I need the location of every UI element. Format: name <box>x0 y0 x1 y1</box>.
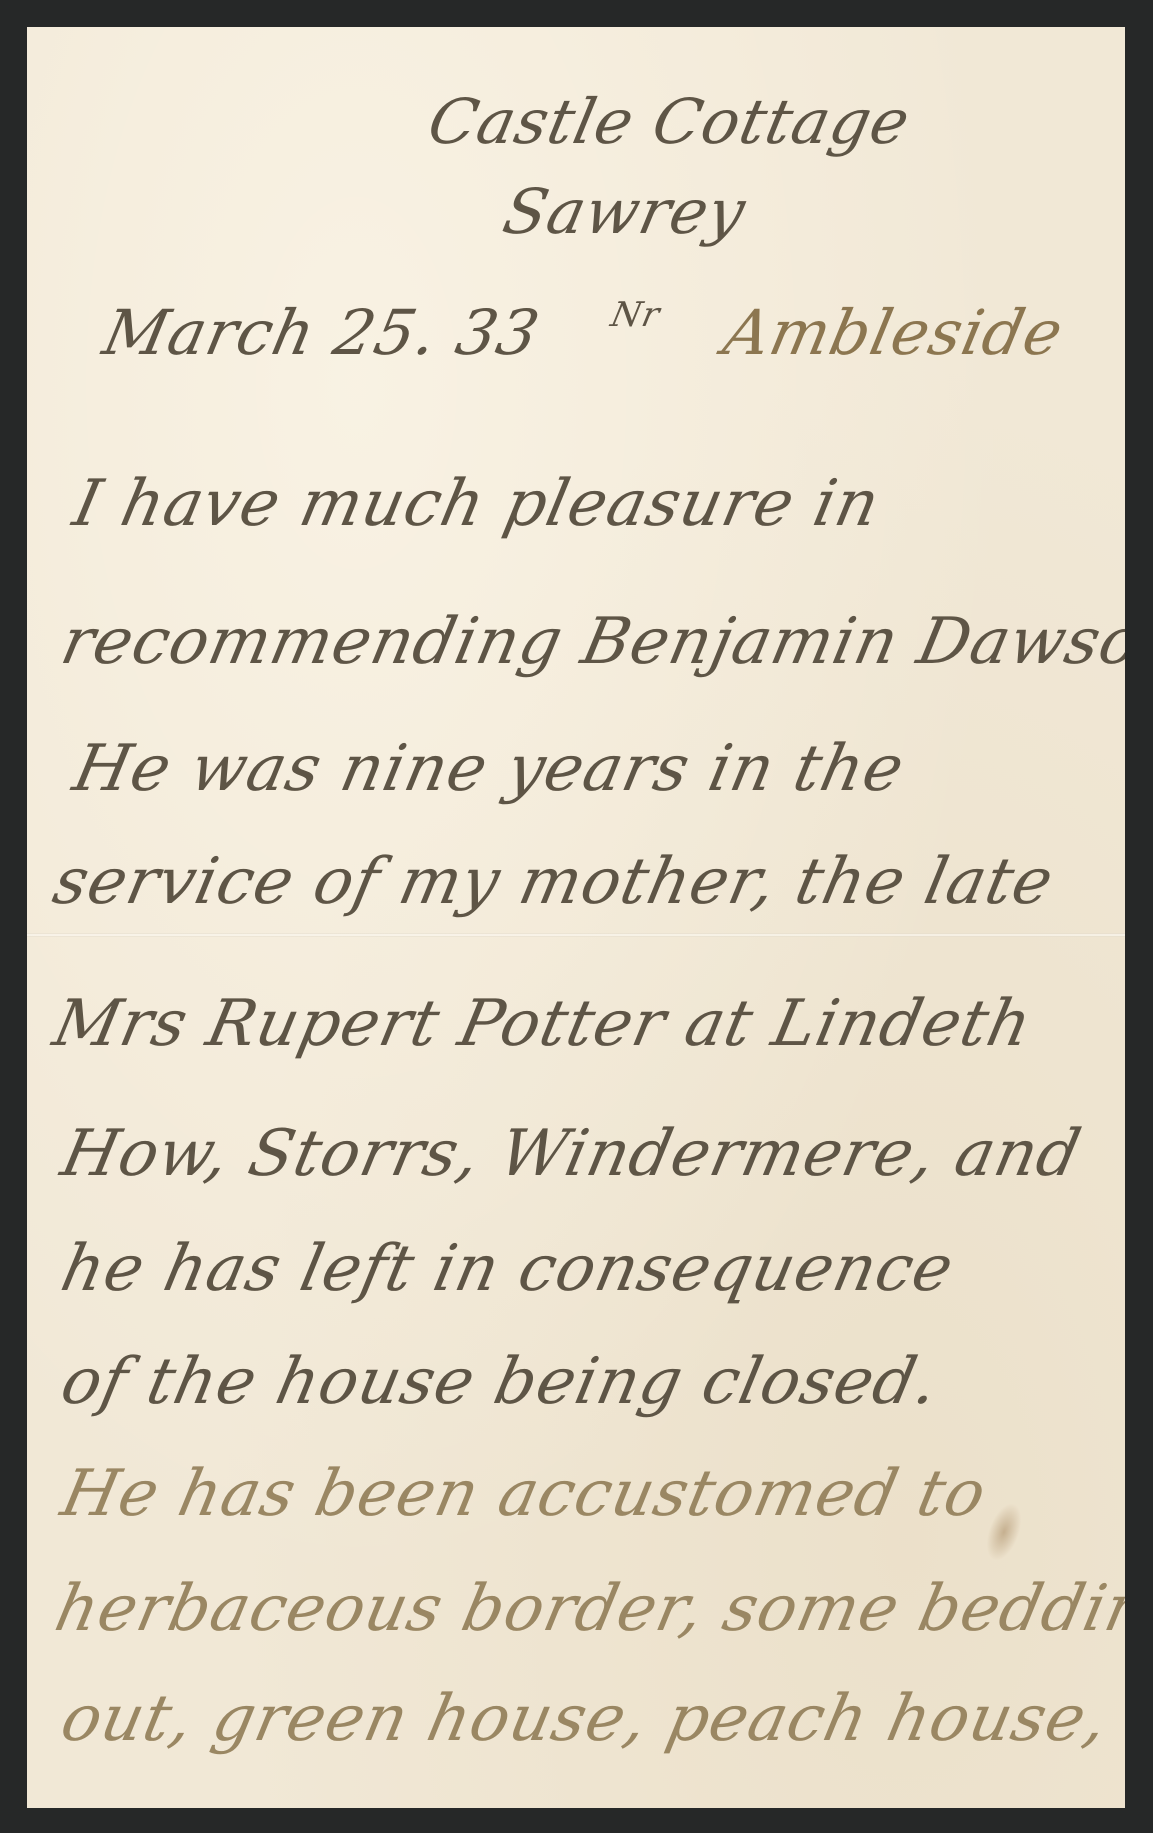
date-line: March 25. 33 Nr Ambleside <box>97 295 1070 369</box>
address-line-2: Sawrey <box>497 175 752 248</box>
body-line-5-text: Mrs Rupert Potter at Lindeth <box>47 987 1038 1061</box>
body-line-10: herbaceous border, some bedding <box>49 1572 1125 1646</box>
body-line-4: service of my mother, the late <box>47 845 1060 919</box>
body-line-3: He was nine years in the <box>67 732 911 806</box>
letter-paper: Castle Cottage Sawrey March 25. 33 Nr Am… <box>27 27 1125 1808</box>
ink-stain <box>980 1499 1029 1566</box>
body-line-9: He has been accustomed to <box>55 1457 993 1531</box>
body-line-6: How, Storrs, Windermere, and <box>55 1117 1088 1191</box>
body-line-2: recommending Benjamin Dawson, <box>55 605 1125 679</box>
body-line-8: of the house being closed. <box>55 1345 945 1419</box>
body-line-1: I have much pleasure in <box>67 467 886 541</box>
body-line-7: he has left in consequence <box>55 1232 960 1306</box>
location-prefix: Nr <box>607 295 664 335</box>
location-name: Ambleside <box>718 296 1070 369</box>
body-line-5: Mrs Rupert Potter at Lindeth <box>47 987 1038 1061</box>
body-line-11: out, green house, peach house, <box>55 1682 1115 1756</box>
letter-date: March 25. 33 <box>97 296 546 369</box>
address-line-1: Castle Cottage <box>422 85 917 158</box>
paper-fold-line <box>27 933 1125 937</box>
